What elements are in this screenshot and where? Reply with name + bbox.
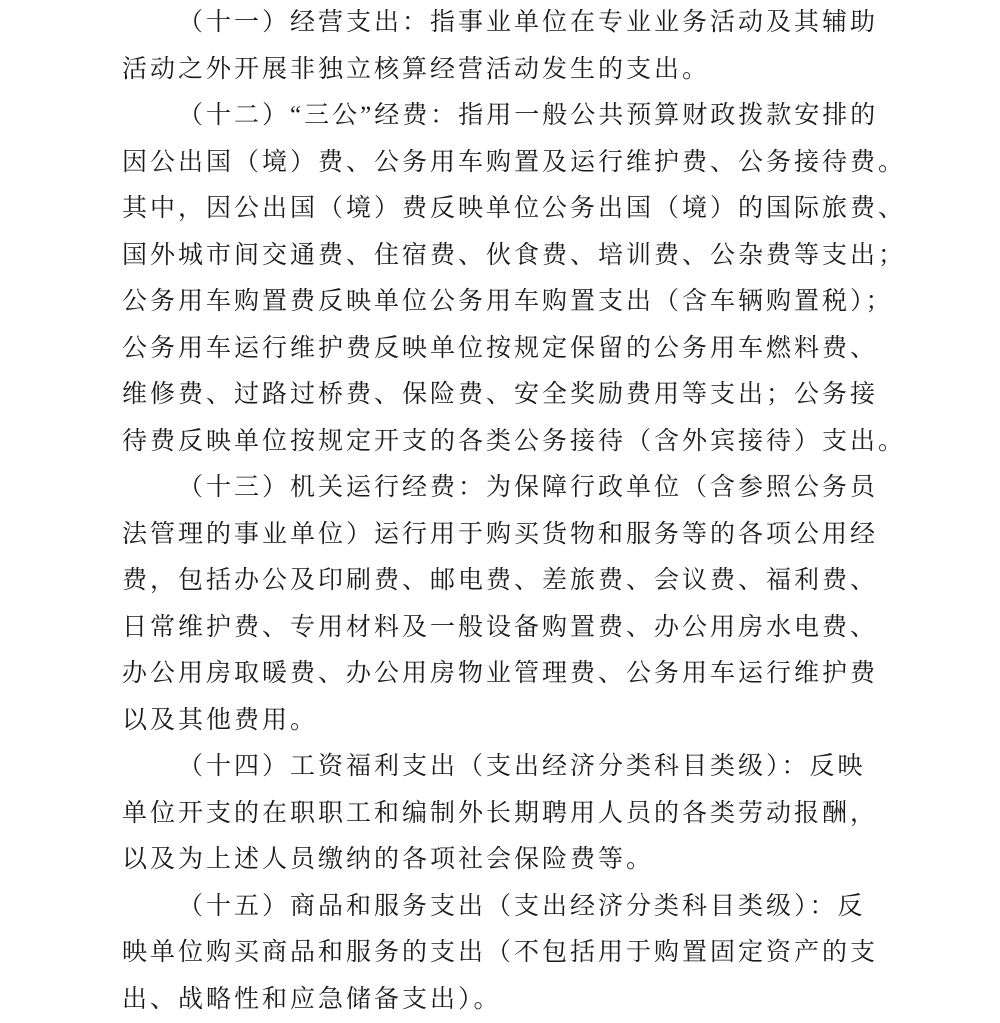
text-line: 法管理的事业单位）运行用于购买货物和服务等的各项公用经 xyxy=(122,512,922,559)
paragraph: （十二）“三公”经费：指用一般公共预算财政拨款安排的因公出国（境）费、公务用车购… xyxy=(122,93,922,465)
text-line: 单位开支的在职职工和编制外长期聘用人员的各类劳动报酬， xyxy=(122,791,922,838)
paragraph: （十三）机关运行经费：为保障行政单位（含参照公务员法管理的事业单位）运行用于购买… xyxy=(122,465,922,744)
text-line: 办公用房取暖费、办公用房物业管理费、公务用车运行维护费 xyxy=(122,651,922,698)
text-line: （十一）经营支出：指事业单位在专业业务活动及其辅助 xyxy=(122,0,922,47)
text-line: 映单位购买商品和服务的支出（不包括用于购置固定资产的支 xyxy=(122,930,922,977)
paragraph: （十五）商品和服务支出（支出经济分类科目类级）：反映单位购买商品和服务的支出（不… xyxy=(122,884,922,1023)
text-line: 以及其他费用。 xyxy=(122,698,922,745)
paragraph: （十四）工资福利支出（支出经济分类科目类级）：反映单位开支的在职职工和编制外长期… xyxy=(122,744,922,884)
text-line: 出、战略性和应急储备支出）。 xyxy=(122,977,922,1023)
text-line: （十三）机关运行经费：为保障行政单位（含参照公务员 xyxy=(122,465,922,512)
text-line: 活动之外开展非独立核算经营活动发生的支出。 xyxy=(122,47,922,94)
text-line: 以及为上述人员缴纳的各项社会保险费等。 xyxy=(122,837,922,884)
text-line: 待费反映单位按规定开支的各类公务接待（含外宾接待）支出。 xyxy=(122,419,922,466)
text-line: 其中，因公出国（境）费反映单位公务出国（境）的国际旅费、 xyxy=(122,186,922,233)
text-line: 维修费、过路过桥费、保险费、安全奖励费用等支出；公务接 xyxy=(122,372,922,419)
text-line: 因公出国（境）费、公务用车购置及运行维护费、公务接待费。 xyxy=(122,140,922,187)
text-line: 国外城市间交通费、住宿费、伙食费、培训费、公杂费等支出； xyxy=(122,233,922,280)
text-line: （十二）“三公”经费：指用一般公共预算财政拨款安排的 xyxy=(122,93,922,140)
paragraph: （十一）经营支出：指事业单位在专业业务活动及其辅助活动之外开展非独立核算经营活动… xyxy=(122,0,922,93)
text-line: 公务用车购置费反映单位公务用车购置支出（含车辆购置税）； xyxy=(122,279,922,326)
text-line: 日常维护费、专用材料及一般设备购置费、办公用房水电费、 xyxy=(122,605,922,652)
text-line: 公务用车运行维护费反映单位按规定保留的公务用车燃料费、 xyxy=(122,326,922,373)
text-line: （十四）工资福利支出（支出经济分类科目类级）：反映 xyxy=(122,744,922,791)
text-line: （十五）商品和服务支出（支出经济分类科目类级）：反 xyxy=(122,884,922,931)
document-page: （十一）经营支出：指事业单位在专业业务活动及其辅助活动之外开展非独立核算经营活动… xyxy=(0,0,1000,1023)
text-line: 费，包括办公及印刷费、邮电费、差旅费、会议费、福利费、 xyxy=(122,558,922,605)
document-body: （十一）经营支出：指事业单位在专业业务活动及其辅助活动之外开展非独立核算经营活动… xyxy=(122,0,922,1023)
